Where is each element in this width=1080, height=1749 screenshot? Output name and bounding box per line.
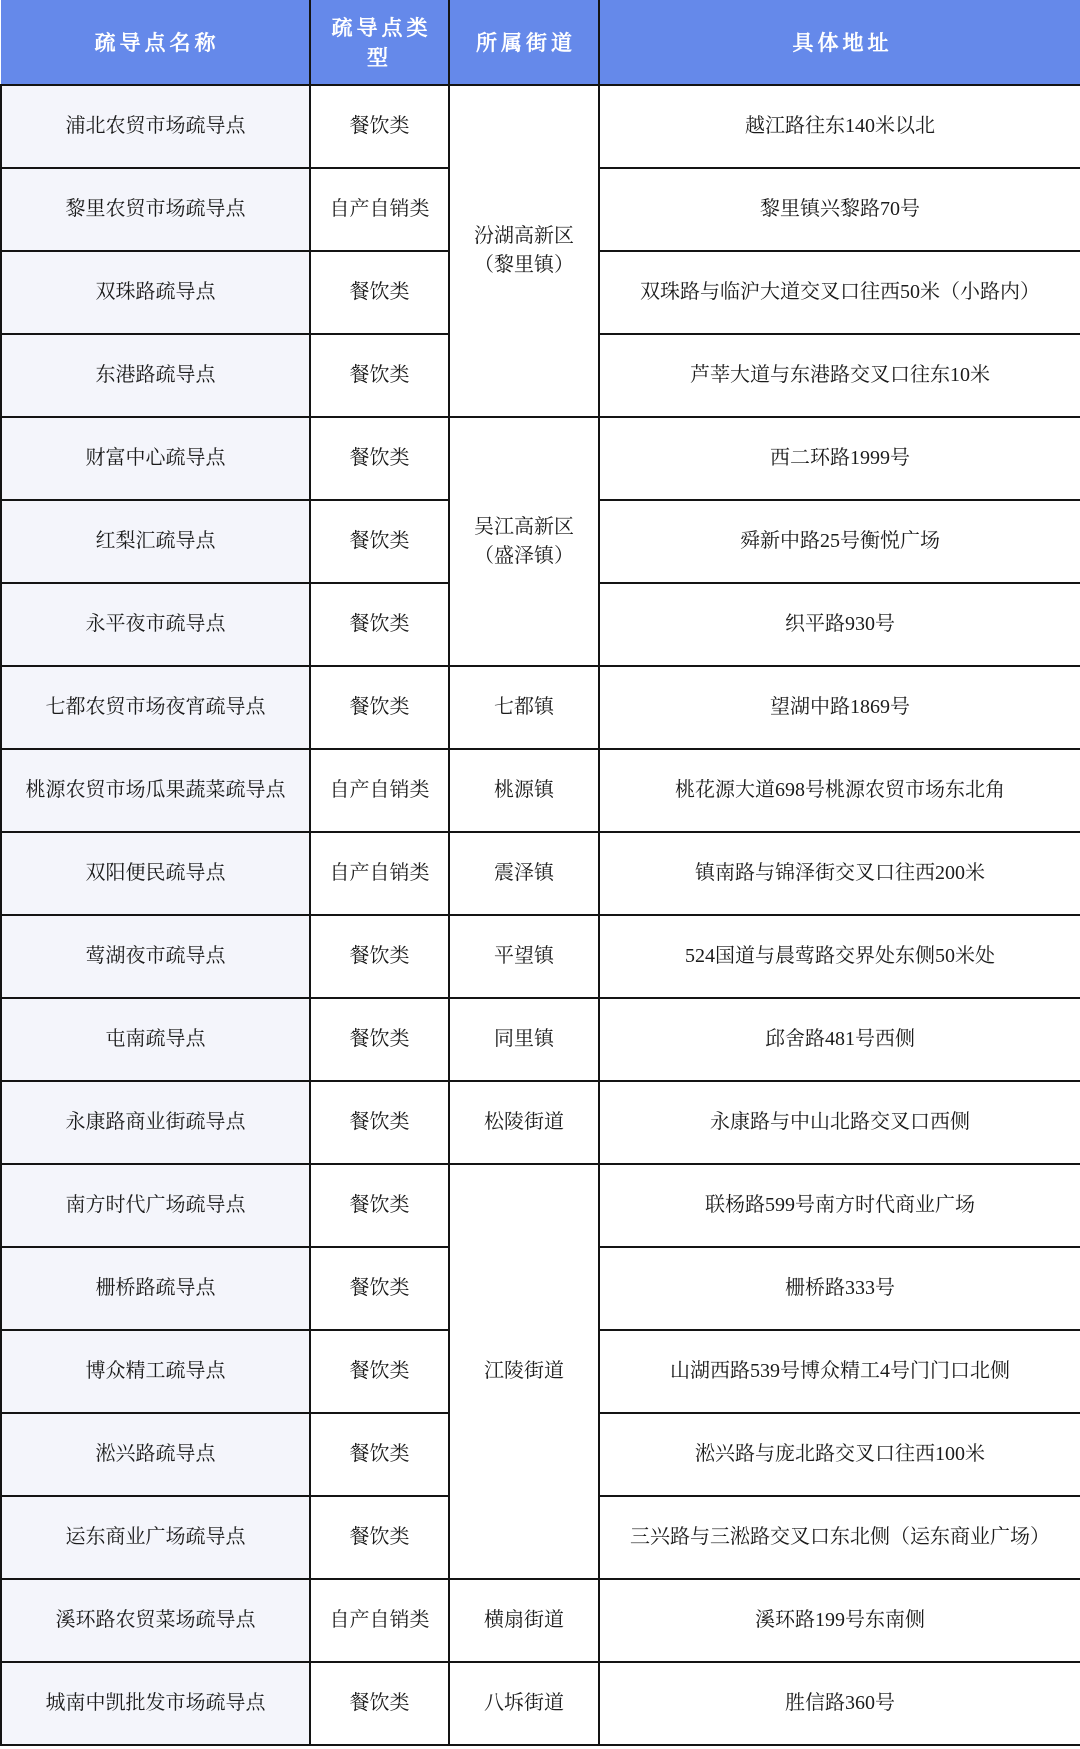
address-cell: 联杨路599号南方时代商业广场	[599, 1164, 1080, 1247]
site-type-cell: 自产自销类	[310, 749, 449, 832]
site-type-cell: 餐饮类	[310, 1081, 449, 1164]
site-name-cell: 运东商业广场疏导点	[1, 1496, 310, 1579]
street-cell: 松陵街道	[449, 1081, 599, 1164]
site-name-cell: 栅桥路疏导点	[1, 1247, 310, 1330]
address-cell: 桃花源大道698号桃源农贸市场东北角	[599, 749, 1080, 832]
address-cell: 淞兴路与庞北路交叉口往西100米	[599, 1413, 1080, 1496]
street-cell: 震泽镇	[449, 832, 599, 915]
site-name-cell: 屯南疏导点	[1, 998, 310, 1081]
address-cell: 黎里镇兴黎路70号	[599, 168, 1080, 251]
site-type-cell: 餐饮类	[310, 666, 449, 749]
street-cell: 吴江高新区（盛泽镇）	[449, 417, 599, 666]
table-row: 屯南疏导点餐饮类同里镇邱舍路481号西侧	[1, 998, 1080, 1081]
site-name-cell: 淞兴路疏导点	[1, 1413, 310, 1496]
site-name-cell: 博众精工疏导点	[1, 1330, 310, 1413]
page: 疏导点名称 疏导点类型 所属街道 具体地址 浦北农贸市场疏导点餐饮类汾湖高新区（…	[0, 0, 1080, 1749]
address-cell: 西二环路1999号	[599, 417, 1080, 500]
header-site-name: 疏导点名称	[1, 0, 310, 85]
table-row: 永康路商业街疏导点餐饮类松陵街道永康路与中山北路交叉口西侧	[1, 1081, 1080, 1164]
site-name-cell: 双珠路疏导点	[1, 251, 310, 334]
site-type-cell: 餐饮类	[310, 1413, 449, 1496]
address-cell: 邱舍路481号西侧	[599, 998, 1080, 1081]
street-cell: 八坼街道	[449, 1662, 599, 1745]
site-name-cell: 浦北农贸市场疏导点	[1, 85, 310, 168]
site-type-cell: 自产自销类	[310, 1579, 449, 1662]
address-cell: 524国道与晨莺路交界处东侧50米处	[599, 915, 1080, 998]
site-type-cell: 餐饮类	[310, 1496, 449, 1579]
site-type-cell: 餐饮类	[310, 251, 449, 334]
site-type-cell: 餐饮类	[310, 500, 449, 583]
table-row: 七都农贸市场夜宵疏导点餐饮类七都镇望湖中路1869号	[1, 666, 1080, 749]
table-row: 桃源农贸市场瓜果蔬菜疏导点自产自销类桃源镇桃花源大道698号桃源农贸市场东北角	[1, 749, 1080, 832]
table-row: 城南中凯批发市场疏导点餐饮类八坼街道胜信路360号	[1, 1662, 1080, 1745]
table-row: 莺湖夜市疏导点餐饮类平望镇524国道与晨莺路交界处东侧50米处	[1, 915, 1080, 998]
site-type-cell: 餐饮类	[310, 1330, 449, 1413]
site-type-cell: 自产自销类	[310, 168, 449, 251]
header-row: 疏导点名称 疏导点类型 所属街道 具体地址	[1, 0, 1080, 85]
site-type-cell: 餐饮类	[310, 583, 449, 666]
street-cell: 桃源镇	[449, 749, 599, 832]
header-site-type: 疏导点类型	[310, 0, 449, 85]
site-name-cell: 东港路疏导点	[1, 334, 310, 417]
site-name-cell: 红梨汇疏导点	[1, 500, 310, 583]
site-type-cell: 餐饮类	[310, 1662, 449, 1745]
address-cell: 栅桥路333号	[599, 1247, 1080, 1330]
table-row: 溪环路农贸菜场疏导点自产自销类横扇街道溪环路199号东南侧	[1, 1579, 1080, 1662]
site-name-cell: 城南中凯批发市场疏导点	[1, 1662, 310, 1745]
site-name-cell: 南方时代广场疏导点	[1, 1164, 310, 1247]
address-cell: 芦莘大道与东港路交叉口往东10米	[599, 334, 1080, 417]
address-cell: 溪环路199号东南侧	[599, 1579, 1080, 1662]
table-body: 浦北农贸市场疏导点餐饮类汾湖高新区（黎里镇）越江路往东140米以北黎里农贸市场疏…	[1, 85, 1080, 1745]
site-name-cell: 永康路商业街疏导点	[1, 1081, 310, 1164]
site-type-cell: 餐饮类	[310, 998, 449, 1081]
address-cell: 越江路往东140米以北	[599, 85, 1080, 168]
site-name-cell: 永平夜市疏导点	[1, 583, 310, 666]
site-type-cell: 餐饮类	[310, 915, 449, 998]
table-row: 南方时代广场疏导点餐饮类江陵街道联杨路599号南方时代商业广场	[1, 1164, 1080, 1247]
site-name-cell: 莺湖夜市疏导点	[1, 915, 310, 998]
street-cell: 横扇街道	[449, 1579, 599, 1662]
street-cell: 七都镇	[449, 666, 599, 749]
address-cell: 织平路930号	[599, 583, 1080, 666]
diversion-points-table: 疏导点名称 疏导点类型 所属街道 具体地址 浦北农贸市场疏导点餐饮类汾湖高新区（…	[0, 0, 1080, 1746]
header-address: 具体地址	[599, 0, 1080, 85]
street-cell: 平望镇	[449, 915, 599, 998]
site-type-cell: 餐饮类	[310, 1164, 449, 1247]
site-name-cell: 黎里农贸市场疏导点	[1, 168, 310, 251]
table-row: 双阳便民疏导点自产自销类震泽镇镇南路与锦泽街交叉口往西200米	[1, 832, 1080, 915]
address-cell: 三兴路与三淞路交叉口东北侧（运东商业广场）	[599, 1496, 1080, 1579]
table-row: 财富中心疏导点餐饮类吴江高新区（盛泽镇）西二环路1999号	[1, 417, 1080, 500]
street-cell: 江陵街道	[449, 1164, 599, 1579]
address-cell: 望湖中路1869号	[599, 666, 1080, 749]
street-cell: 同里镇	[449, 998, 599, 1081]
table-row: 浦北农贸市场疏导点餐饮类汾湖高新区（黎里镇）越江路往东140米以北	[1, 85, 1080, 168]
site-type-cell: 餐饮类	[310, 1247, 449, 1330]
address-cell: 胜信路360号	[599, 1662, 1080, 1745]
address-cell: 山湖西路539号博众精工4号门门口北侧	[599, 1330, 1080, 1413]
address-cell: 永康路与中山北路交叉口西侧	[599, 1081, 1080, 1164]
site-name-cell: 七都农贸市场夜宵疏导点	[1, 666, 310, 749]
site-type-cell: 自产自销类	[310, 832, 449, 915]
site-type-cell: 餐饮类	[310, 334, 449, 417]
table-header: 疏导点名称 疏导点类型 所属街道 具体地址	[1, 0, 1080, 85]
site-name-cell: 财富中心疏导点	[1, 417, 310, 500]
street-cell: 汾湖高新区（黎里镇）	[449, 85, 599, 417]
address-cell: 镇南路与锦泽街交叉口往西200米	[599, 832, 1080, 915]
site-name-cell: 双阳便民疏导点	[1, 832, 310, 915]
address-cell: 舜新中路25号衡悦广场	[599, 500, 1080, 583]
site-type-cell: 餐饮类	[310, 85, 449, 168]
site-name-cell: 桃源农贸市场瓜果蔬菜疏导点	[1, 749, 310, 832]
site-name-cell: 溪环路农贸菜场疏导点	[1, 1579, 310, 1662]
header-street: 所属街道	[449, 0, 599, 85]
address-cell: 双珠路与临沪大道交叉口往西50米（小路内）	[599, 251, 1080, 334]
site-type-cell: 餐饮类	[310, 417, 449, 500]
